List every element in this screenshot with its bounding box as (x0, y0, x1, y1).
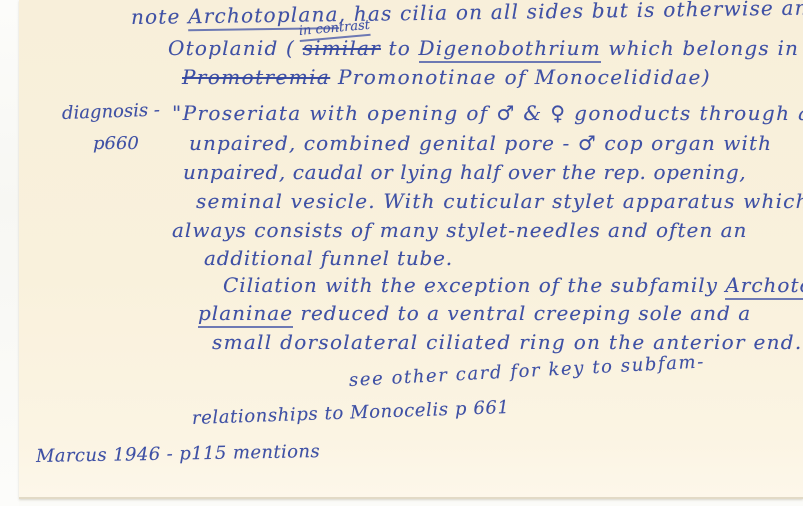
handwritten-text: which belongs in (601, 36, 799, 60)
underlined-text: Digenobothrium (419, 36, 601, 63)
diagnosis-line-7: Ciliation with the exception of the subf… (223, 273, 803, 297)
diagnosis-line-5: always consists of many stylet-needles a… (172, 218, 747, 242)
handwritten-text: see other card for key to subfam- (348, 351, 705, 391)
scan-background: note Archotoplana, has cilia on all side… (0, 0, 803, 506)
handwritten-text: , has cilia on all sides but is otherwis… (339, 0, 803, 26)
diagnosis-line-9: small dorsolateral ciliated ring on the … (212, 330, 803, 354)
note-line-2: Otoplanid ( similar to Digenobothrium wh… (168, 36, 799, 60)
note-line-3: Promotremia Promonotinae of Monocelidida… (182, 65, 711, 89)
diagnosis-line-1: "Proseriata with opening of ♂ & ♀ gonodu… (172, 101, 803, 125)
label-diagnosis: diagnosis - (62, 100, 161, 125)
card-lines: note Archotoplana, has cilia on all side… (19, 0, 803, 497)
handwritten-text: note (131, 4, 188, 29)
underlined-text: planinae (198, 301, 293, 328)
handwritten-text: unpaired, caudal or lying half over the … (183, 160, 746, 184)
label-p660: p660 (93, 133, 139, 155)
underlined-text: Archoto- (725, 273, 803, 300)
relationships-note: relationships to Monocelis p 661 (192, 397, 510, 430)
handwritten-text: small dorsolateral ciliated ring on the … (212, 330, 803, 354)
handwritten-text: unpaired, combined genital pore - ♂ cop … (189, 131, 772, 155)
handwritten-text: relationships to Monocelis p 661 (192, 397, 510, 429)
struck-out-text: similar (303, 36, 381, 60)
handwritten-text: seminal vesicle. With cuticular stylet a… (196, 189, 803, 213)
handwritten-text: "Proseriata with opening of ♂ & ♀ gonodu… (172, 101, 803, 125)
diagnosis-line-2: unpaired, combined genital pore - ♂ cop … (189, 131, 772, 155)
handwritten-text: diagnosis - (62, 100, 161, 124)
index-card: note Archotoplana, has cilia on all side… (19, 0, 803, 499)
handwritten-text: Otoplanid ( (168, 36, 303, 60)
see-other-card-note: see other card for key to subfam- (348, 351, 705, 391)
struck-out-text: Promotremia (182, 65, 330, 89)
handwritten-text: always consists of many stylet-needles a… (172, 218, 747, 242)
note-line-1: note Archotoplana, has cilia on all side… (131, 0, 803, 29)
diagnosis-line-4: seminal vesicle. With cuticular stylet a… (196, 189, 803, 213)
diagnosis-line-3: unpaired, caudal or lying half over the … (183, 160, 746, 184)
diagnosis-line-6: additional funnel tube. (204, 246, 453, 270)
handwritten-text: Ciliation with the exception of the subf… (223, 273, 725, 297)
handwritten-text: to (381, 36, 419, 60)
handwritten-text: reduced to a ventral creeping sole and a (293, 301, 751, 325)
handwritten-text: Promonotinae of Monocelididae) (330, 65, 711, 89)
handwritten-text: p660 (93, 133, 139, 154)
handwritten-text: Marcus 1946 - p115 mentions (36, 441, 320, 467)
handwritten-text: additional funnel tube. (204, 246, 453, 270)
citation-note: Marcus 1946 - p115 mentions (36, 441, 320, 468)
diagnosis-line-8: planinae reduced to a ventral creeping s… (198, 301, 751, 325)
